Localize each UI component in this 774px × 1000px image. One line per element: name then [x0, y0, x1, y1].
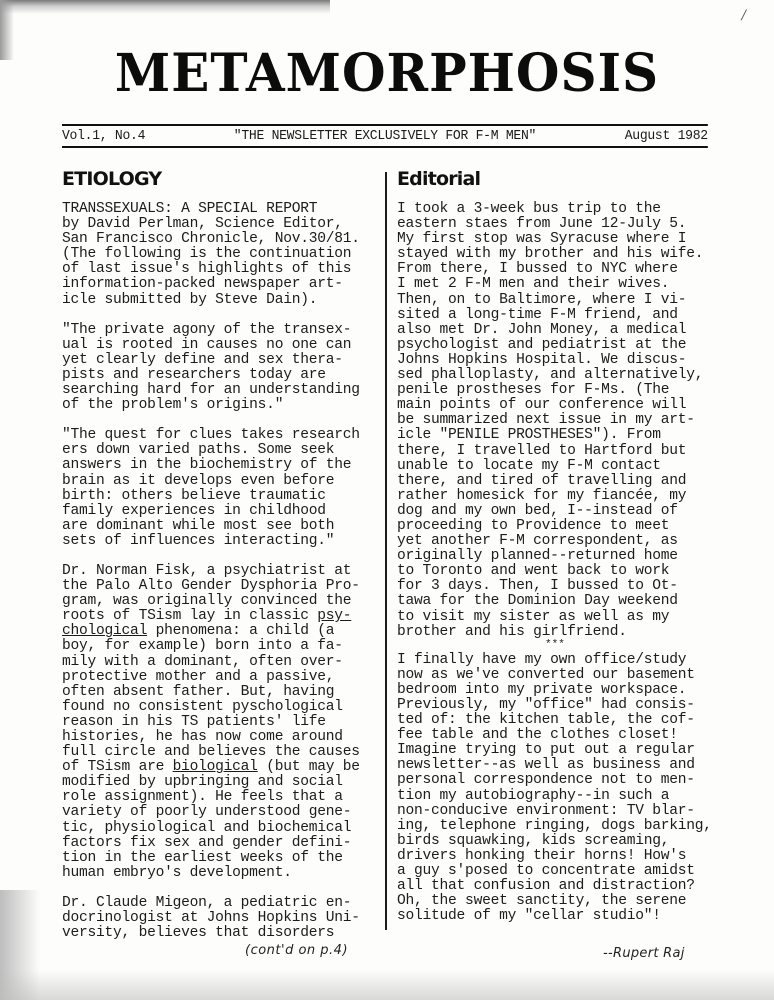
emphasized-term: biological [173, 759, 258, 775]
article-etiology: ETIOLOGY TRANSSEXUALS: A SPECIAL REPORT … [62, 167, 382, 956]
volume-number: Vol.1, No.4 [62, 128, 145, 144]
article-editorial: Editorial I took a 3-week bus trip to th… [397, 167, 737, 924]
section-heading-editorial: Editorial [397, 167, 737, 191]
column-divider [385, 172, 387, 930]
article-paragraph: TRANSSEXUALS: A SPECIAL REPORT by David … [62, 202, 382, 308]
scan-edge-shadow-bottom [0, 970, 774, 1000]
section-heading-etiology: ETIOLOGY [62, 167, 382, 191]
editorial-paragraph: I finally have my own office/study now a… [397, 653, 737, 925]
scan-edge-shadow-bottom-left [0, 890, 40, 1000]
issue-info-bar: Vol.1, No.4 "THE NEWSLETTER EXCLUSIVELY … [62, 124, 708, 148]
newsletter-tagline: "THE NEWSLETTER EXCLUSIVELY FOR F-M MEN" [234, 128, 536, 144]
article-paragraph: "The private agony of the transex- ual i… [62, 323, 382, 414]
article-paragraph: "The quest for clues takes research ers … [62, 428, 382, 549]
corner-pen-mark: / [742, 8, 746, 23]
author-signature: --Rupert Raj [603, 946, 685, 961]
continued-note: (cont'd on p.4) [245, 943, 348, 958]
emphasized-term: psy- [317, 608, 351, 624]
section-separator: *** [397, 640, 737, 650]
issue-date: August 1982 [625, 128, 708, 144]
newsletter-masthead: METAMORPHOSIS [0, 47, 774, 100]
editorial-paragraph: I took a 3-week bus trip to the eastern … [397, 202, 737, 640]
article-paragraph: Dr. Norman Fisk, a psychiatrist at the P… [62, 564, 382, 881]
emphasized-term: chological [62, 623, 147, 639]
scan-edge-shadow-top [0, 0, 330, 14]
article-paragraph: Dr. Claude Migeon, a pediatric en- docri… [62, 896, 382, 941]
